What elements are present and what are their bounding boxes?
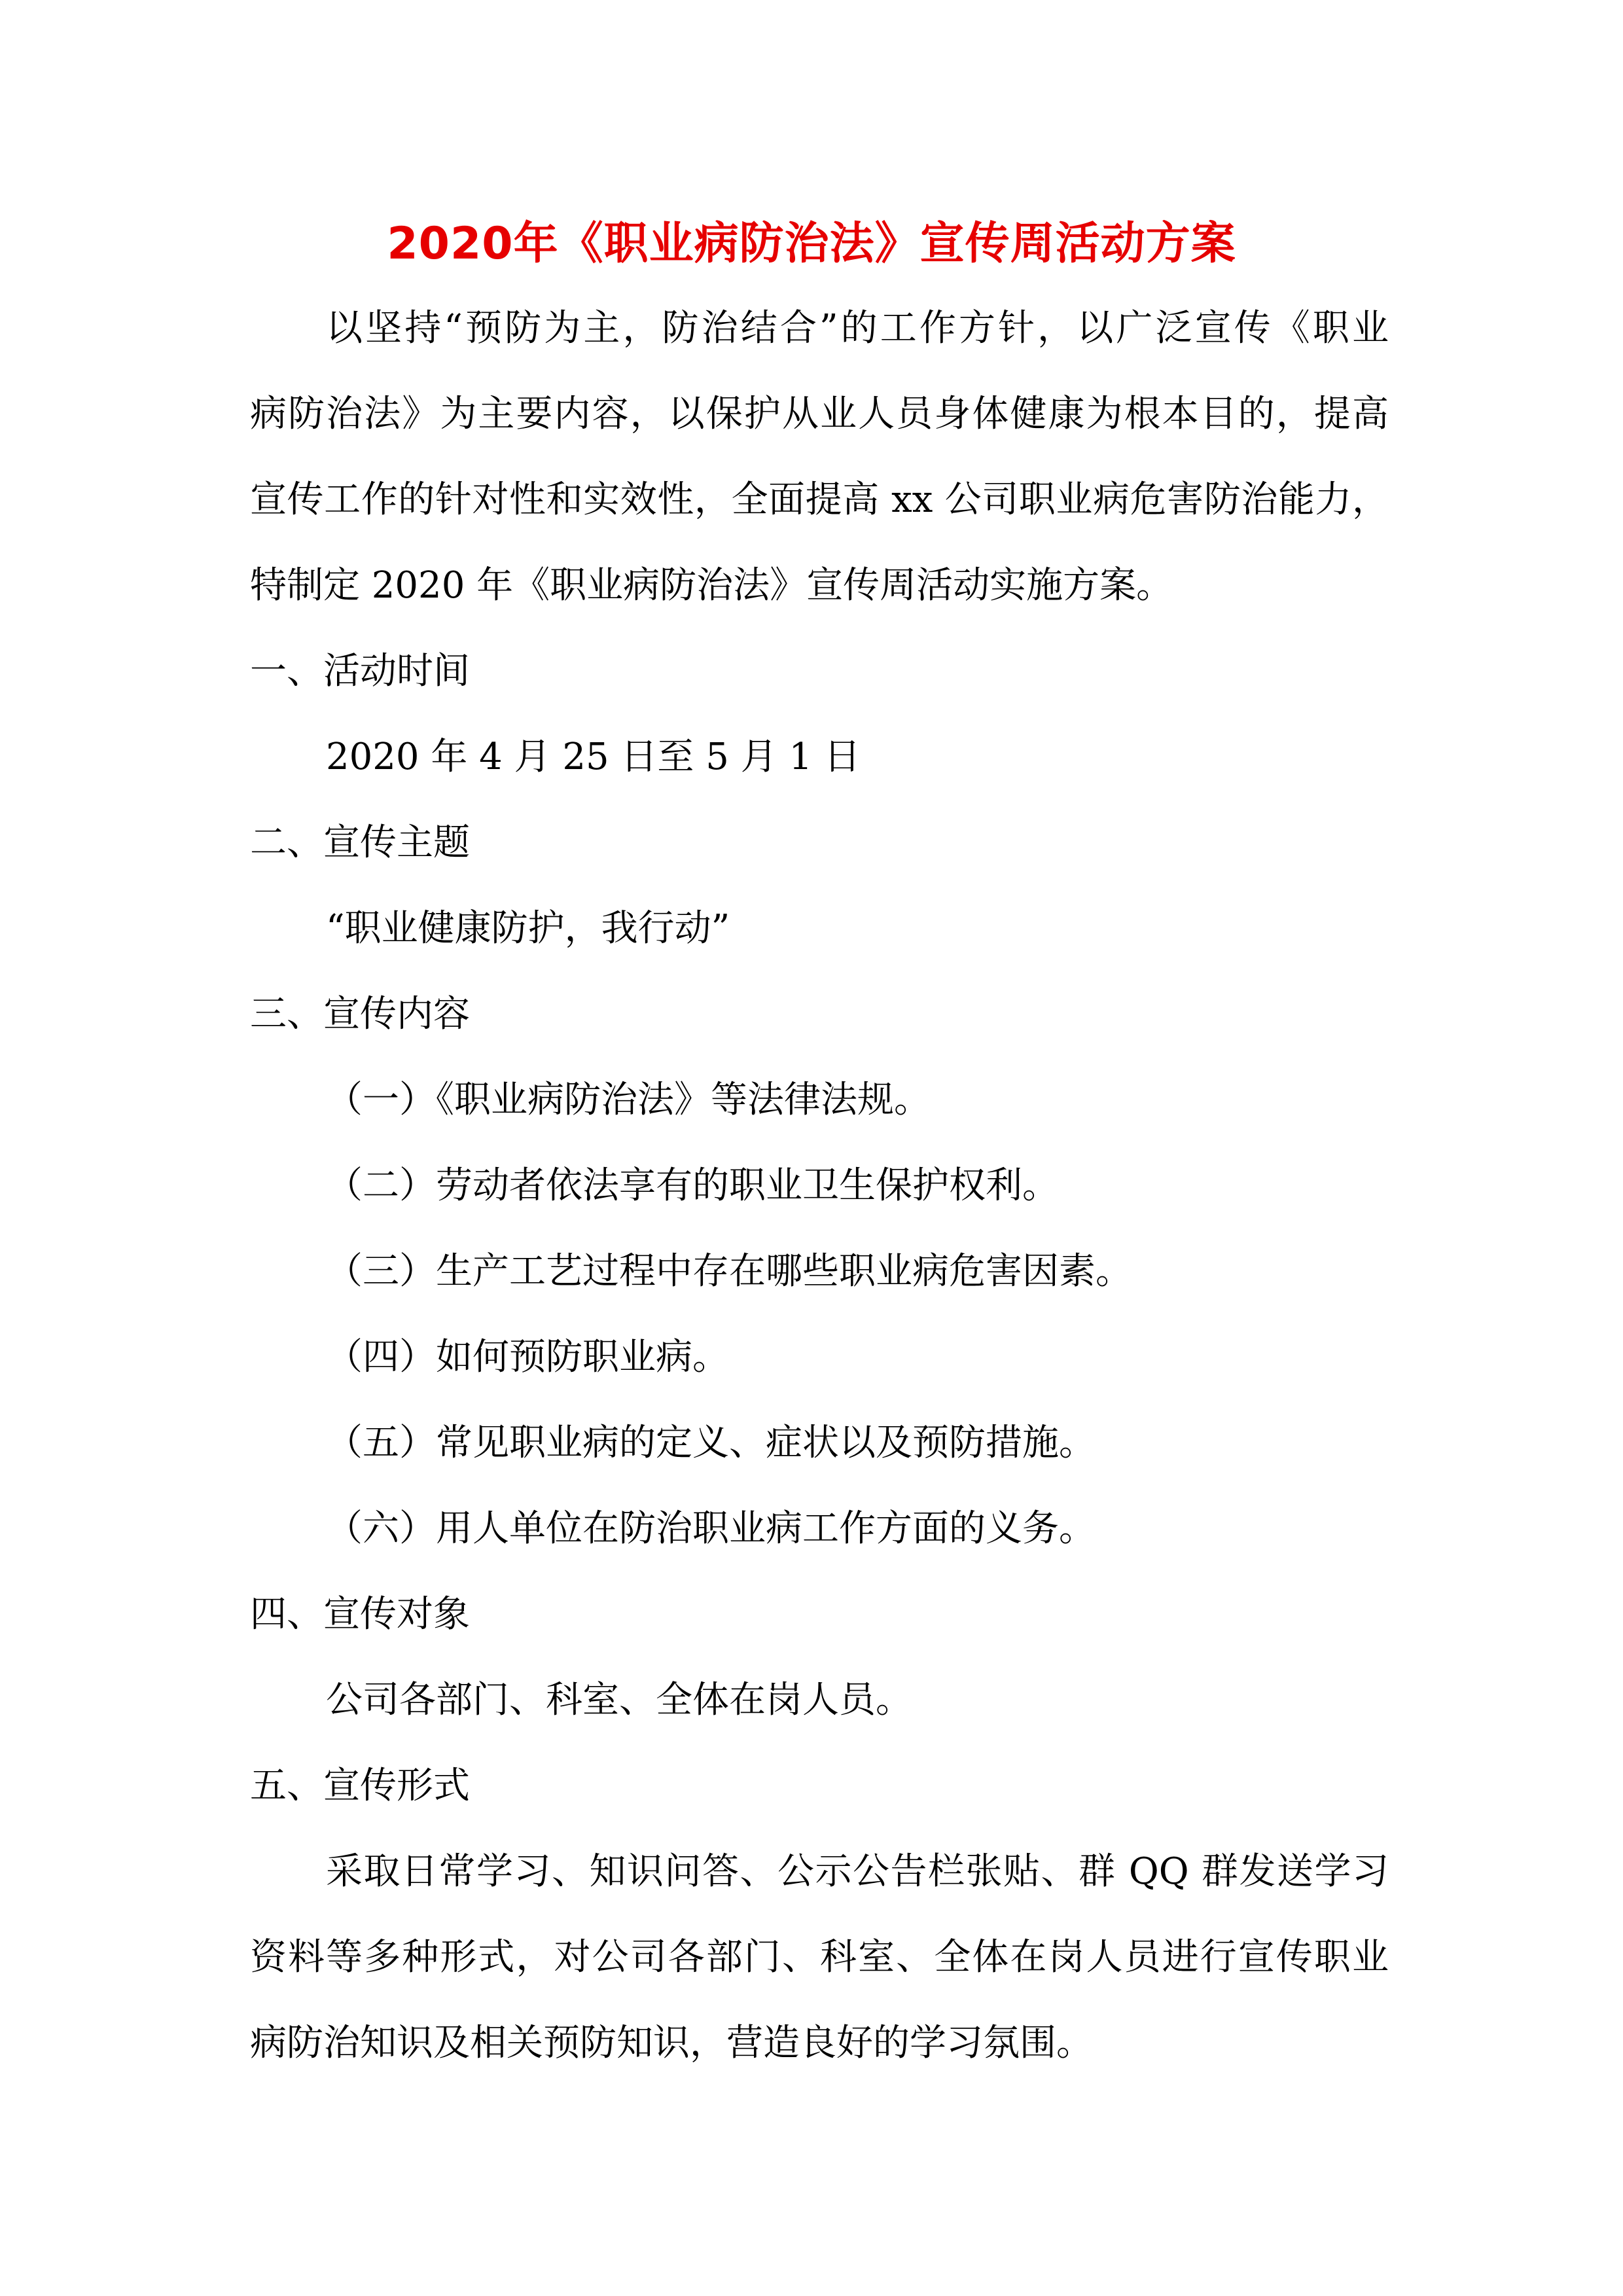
form-line: 资料等多种形式，对公司各部门、科室、全体在岗人员进行宣传职业 [250,1914,1389,2000]
section-heading: 三、宣传内容 [250,971,470,1057]
activity-date: 2020 年 4 月 25 日至 5 月 1 日 [326,714,861,800]
intro-line: 特制定 2020 年《职业病防治法》宣传周活动实施方案。 [250,543,1173,628]
content-item: （二）劳动者依法享有的职业卫生保护权利。 [326,1143,1059,1229]
section-heading: 二、宣传主题 [250,800,470,886]
section-heading: 四、宣传对象 [250,1571,470,1657]
content-item: （三）生产工艺过程中存在哪些职业病危害因素。 [326,1229,1132,1314]
content-item: （五）常见职业病的定义、症状以及预防措施。 [326,1400,1096,1486]
audience-text: 公司各部门、科室、全体在岗人员。 [326,1657,912,1743]
section-heading: 一、活动时间 [250,628,470,714]
content-item: （一）《职业病防治法》等法律法规。 [326,1057,931,1143]
form-line: 病防治知识及相关预防知识，营造良好的学习氛围。 [250,2000,1093,2086]
document-title: 2020年《职业病防治法》宣传周活动方案 [0,208,1623,280]
intro-line: 以坚持“预防为主，防治结合”的工作方针，以广泛宣传《职业 [326,285,1389,371]
intro-line: 宣传工作的针对性和实效性，全面提高 xx 公司职业病危害防治能力， [250,457,1389,543]
intro-line: 病防治法》为主要内容，以保护从业人员身体健康为根本目的，提高 [250,371,1389,457]
document-page: 2020年《职业病防治法》宣传周活动方案 以坚持“预防为主，防治结合”的工作方针… [0,0,1623,2296]
theme-text: “职业健康防护，我行动” [326,886,730,971]
content-item: （六）用人单位在防治职业病工作方面的义务。 [326,1486,1096,1571]
section-heading: 五、宣传形式 [250,1743,470,1829]
content-item: （四）如何预防职业病。 [326,1314,729,1400]
form-line: 采取日常学习、知识问答、公示公告栏张贴、群 QQ 群发送学习 [326,1829,1389,1914]
